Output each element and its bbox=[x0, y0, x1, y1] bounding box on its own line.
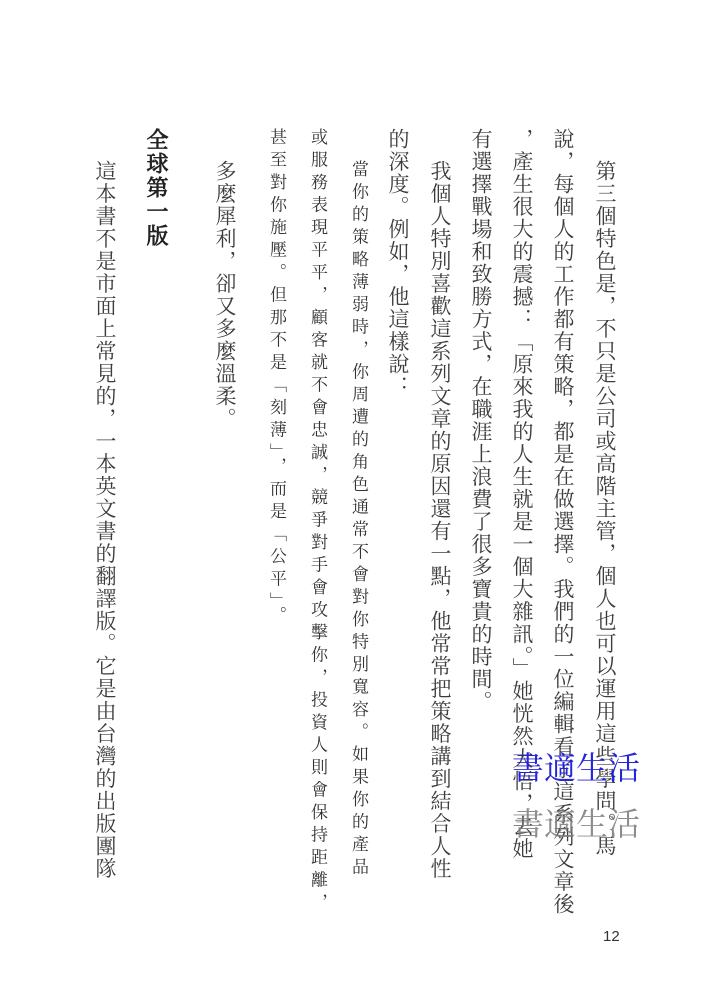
paragraph-column: 我個人特別喜歡這系列文章的原因還有一點，他常常把策略講到結合人性 bbox=[425, 160, 455, 880]
quote-column: 甚至對你施壓。但那不是「刻薄」，而是「公平」。 bbox=[261, 128, 291, 629]
watermark-gray: 書適生活 bbox=[512, 808, 640, 840]
watermark-blue: 書適生活 bbox=[512, 752, 640, 784]
book-page: 第三個特色是，不只是公司或高階主管，個人也可以運用這些學問。馬 說，每個人的工作… bbox=[0, 0, 704, 1000]
paragraph-column: 的深度。例如，他這樣說： bbox=[383, 128, 413, 398]
page-number: 12 bbox=[603, 928, 620, 945]
quote-column: 或服務表現平平，顧客就不會忠誠，競爭對手會攻擊你，投資人則會保持距離， bbox=[302, 128, 332, 916]
paragraph-column: 這本書不是市面上常見的，一本英文書的翻譯版。它是由台灣的出版團隊 bbox=[90, 160, 120, 880]
quote-column: 當你的策略薄弱時，你周遭的角色通常不會對你特別寬容。如果你的產品 bbox=[343, 160, 373, 880]
paragraph-column: 有選擇戰場和致勝方式，在職涯上浪費了很多寶貴的時間。 bbox=[466, 128, 496, 713]
paragraph-column: 多麼犀利，卻又多麼溫柔。 bbox=[210, 160, 240, 430]
section-heading: 全球第一版 bbox=[140, 128, 170, 248]
paragraph-column: 說，每個人的工作都有策略，都是在做選擇。我們的一位編輯看了這系列文章後 bbox=[548, 128, 578, 916]
